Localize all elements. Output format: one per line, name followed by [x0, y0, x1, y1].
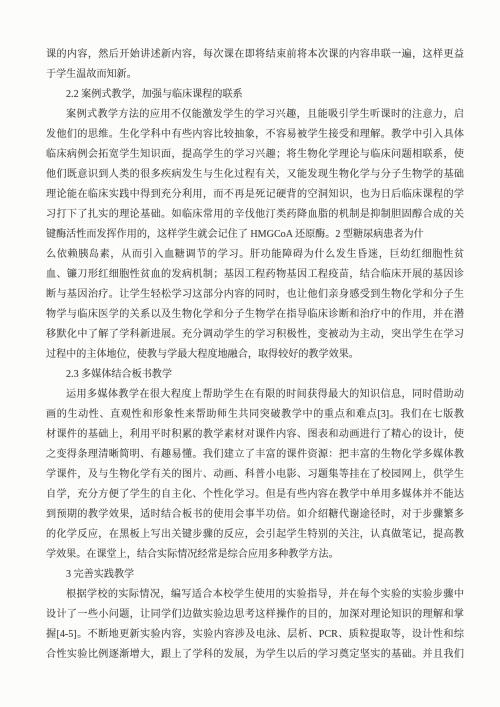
text-line: 2.2 案例式教学，加强与临床课程的联系 — [46, 85, 464, 105]
text-line: 合性实验比例逐渐增大，跟上了学科的发展，为学生以后的学习奠定坚实的基础。并且我们 — [46, 645, 464, 665]
text-line: 发他们的思维。生化学科中有些内容比较抽象，不容易被学生接受和理解。教学中引入具体 — [46, 125, 464, 145]
text-line: 根据学校的实际情况，编写适合本校学生使用的实验指导，并在每个实验的实验步骤中 — [46, 585, 464, 605]
text-line: 到预期的教学效果，适时结合板书的使用会事半功倍。如介绍糖代谢途径时，对于步骤繁多 — [46, 505, 464, 525]
text-line: 过程中的主体地位，使教与学最大程度地融合，取得较好的教学效果。 — [46, 345, 464, 365]
text-line: 自学，充分方便了学生的自主化、个性化学习。但是有些内容在教学中单用多媒体并不能达 — [46, 485, 464, 505]
article-text-block: 课的内容，然后开始讲述新内容，每次课在即将结束前将本次课的内容串联一遍，这样更益… — [46, 45, 464, 665]
text-line: 学课件，及与生物化学有关的图片、动画、科普小电影、习题集等挂在了校园网上，供学生 — [46, 465, 464, 485]
text-line: 的化学反应，在黑板上写出关键步骤的反应，会引起学生特别的关注，认真做笔记，提高教 — [46, 525, 464, 545]
text-line: 设计了一些小问题，让同学们边做实验边思考这样操作的目的，加深对理论知识的理解和掌 — [46, 605, 464, 625]
text-line: 键酶活性而发挥作用的，这样学生就会记住了 HMGCoA 还原酶。2 型糖尿病患者… — [46, 225, 464, 245]
text-line: 材课件的基础上，利用平时积累的教学素材对课件内容、图表和动画进行了精心的设计，使 — [46, 425, 464, 445]
text-line: 握[4-5]。不断地更新实验内容，实验内容涉及电泳、层析、PCR、质粒提取等，设… — [46, 625, 464, 645]
text-line: 于学生温故而知新。 — [46, 65, 464, 85]
text-line: 断与基因治疗。让学生轻松学习这部分内容的同时，也让他们亲身感受到生物化学和分子生 — [46, 285, 464, 305]
text-line: 之变得条理清晰简明、有趣易懂。我们建立了丰富的课件资源：把丰富的生物化学多媒体教 — [46, 445, 464, 465]
text-line: 理论能在临床实践中得到充分利用，而不再是死记硬背的空洞知识，也为日后临床课程的学 — [46, 185, 464, 205]
document-page: 课的内容，然后开始讲述新内容，每次课在即将结束前将本次课的内容串联一遍，这样更益… — [0, 0, 500, 707]
text-line: 画的生动性、直观性和形象性来帮助师生共同突破教学中的重点和难点[3]。我们在七版… — [46, 405, 464, 425]
text-line: 物学与临床医学的关系以及生物化学和分子生物学在指导临床诊断和治疗中的作用，并在潜 — [46, 305, 464, 325]
text-line: 2.3 多媒体结合板书教学 — [46, 365, 464, 385]
text-line: 血、镰刀形红细胞性贫血的发病机制；基因工程药物基因工程疫苗，结合临床开展的基因诊 — [46, 265, 464, 285]
text-line: 运用多媒体教学在很大程度上帮助学生在有限的时间获得最大的知识信息，同时借助动 — [46, 385, 464, 405]
text-line: 课的内容，然后开始讲述新内容，每次课在即将结束前将本次课的内容串联一遍，这样更益 — [46, 45, 464, 65]
text-line: 案例式教学方法的应用不仅能激发学生的学习兴趣，且能吸引学生听课时的注意力，启 — [46, 105, 464, 125]
text-line: 学效果。在课堂上，结合实际情况经常是综合应用多种教学方法。 — [46, 545, 464, 565]
text-line: 临床病例会拓宽学生知识面，提高学生的学习兴趣；将生物化学理论与临床问题相联系，使 — [46, 145, 464, 165]
text-line: 习打下了扎实的理论基础。如临床常用的辛伐他汀类药降血脂的机制是抑制胆固醇合成的关 — [46, 205, 464, 225]
text-line: 他们既意识到人类的很多疾病发生与生化过程有关，又能发现生物化学与分子生物学的基础 — [46, 165, 464, 185]
text-line: 移默化中了解了学科新进展。充分调动学生的学习积极性，变被动为主动，突出学生在学习 — [46, 325, 464, 345]
text-line: 么依赖胰岛素，从而引入血糖调节的学习。肝功能障碍为什么发生昏迷，巨幼红细胞性贫 — [46, 245, 464, 265]
text-line: 3 完善实践教学 — [46, 565, 464, 585]
